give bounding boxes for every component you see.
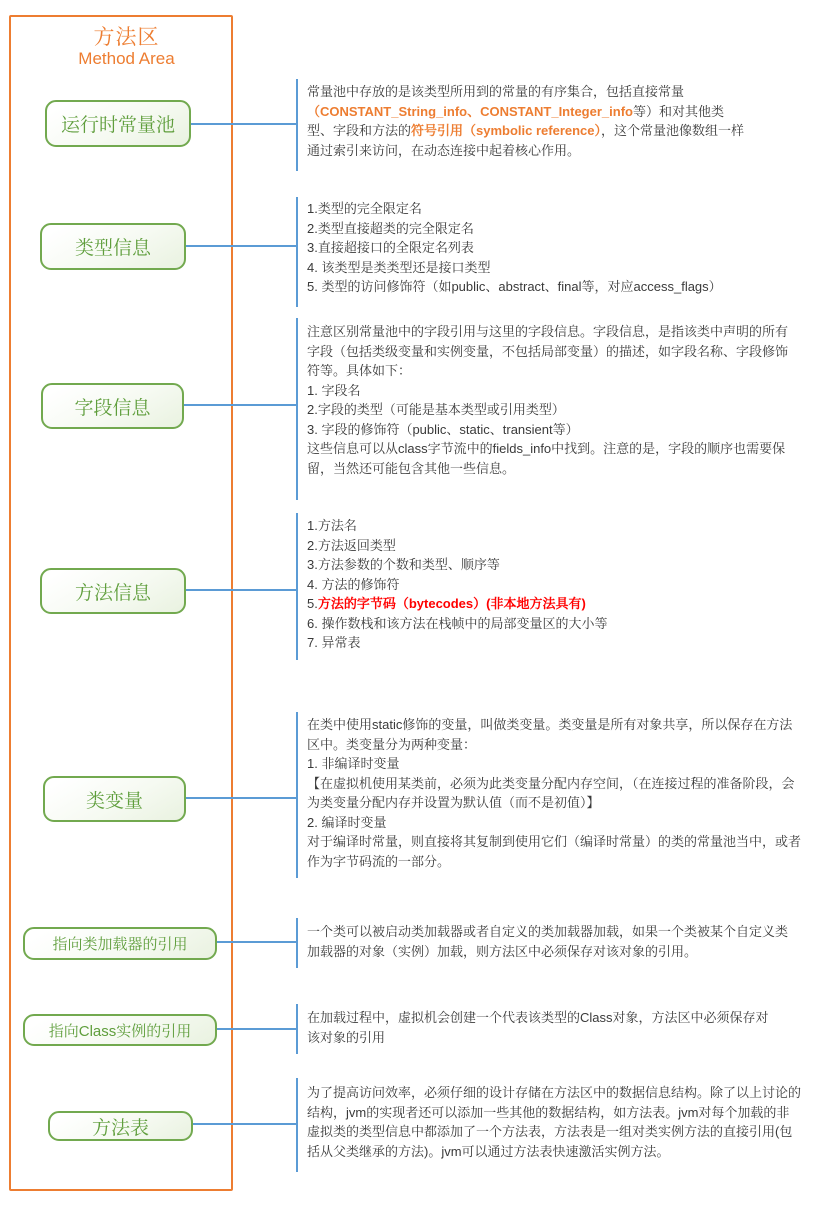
node-method-info[interactable]: 方法信息 bbox=[40, 568, 186, 614]
node-class-instance-ref[interactable]: 指向Class实例的引用 bbox=[23, 1014, 217, 1046]
node-label: 指向类加载器的引用 bbox=[52, 933, 187, 954]
node-label: 运行时常量池 bbox=[61, 110, 175, 137]
connector-method-table bbox=[192, 1123, 296, 1125]
connector-field-info bbox=[183, 404, 296, 406]
detail-runtime-constant-pool: 常量池中存放的是该类型所用到的常量的有序集合，包括直接常量 （CONSTANT_… bbox=[296, 79, 812, 171]
node-field-info[interactable]: 字段信息 bbox=[41, 383, 184, 429]
detail-classloader-ref: 一个类可以被启动类加载器或者自定义的类加载器加载，如果一个类被某个自定义类 加载… bbox=[296, 918, 812, 968]
node-classloader-ref[interactable]: 指向类加载器的引用 bbox=[23, 927, 217, 960]
detail-class-variables: 在类中使用static修饰的变量，叫做类变量。类变量是所有对象共享，所以保存在方… bbox=[296, 712, 812, 878]
node-label: 字段信息 bbox=[74, 393, 150, 420]
node-label: 类型信息 bbox=[75, 233, 151, 260]
node-label: 方法信息 bbox=[75, 578, 151, 605]
method-area-diagram: 方法区 Method Area 运行时常量池 常量池中存放的是该类型所用到的常量… bbox=[0, 0, 832, 1228]
connector-class-instance-ref bbox=[216, 1028, 296, 1030]
connector-runtime-constant-pool bbox=[189, 123, 296, 125]
diagram-title-en: Method Area bbox=[9, 49, 244, 69]
detail-class-instance-ref: 在加载过程中，虚拟机会创建一个代表该类型的Class对象，方法区中必须保存对 该… bbox=[296, 1004, 812, 1054]
detail-type-info: 1.类型的完全限定名 2.类型直接超类的完全限定名 3.直接超接口的全限定名列表… bbox=[296, 197, 812, 307]
detail-method-info: 1.方法名 2.方法返回类型 3.方法参数的个数和类型、顺序等 4. 方法的修饰… bbox=[296, 513, 812, 660]
node-label: 类变量 bbox=[86, 786, 143, 813]
diagram-title-zh: 方法区 bbox=[9, 21, 244, 51]
node-type-info[interactable]: 类型信息 bbox=[40, 223, 186, 270]
connector-method-info bbox=[185, 589, 296, 591]
connector-type-info bbox=[185, 245, 296, 247]
node-method-table[interactable]: 方法表 bbox=[48, 1111, 193, 1141]
node-runtime-constant-pool[interactable]: 运行时常量池 bbox=[45, 100, 191, 147]
detail-method-table: 为了提高访问效率，必须仔细的设计存储在方法区中的数据信息结构。除了以上讨论的 结… bbox=[296, 1078, 812, 1172]
connector-class-variables bbox=[185, 797, 296, 799]
node-class-variables[interactable]: 类变量 bbox=[43, 776, 186, 822]
node-label: 指向Class实例的引用 bbox=[49, 1020, 192, 1041]
connector-classloader-ref bbox=[216, 941, 296, 943]
detail-field-info: 注意区别常量池中的字段引用与这里的字段信息。字段信息，是指该类中声明的所有 字段… bbox=[296, 318, 812, 500]
node-label: 方法表 bbox=[92, 1113, 149, 1140]
